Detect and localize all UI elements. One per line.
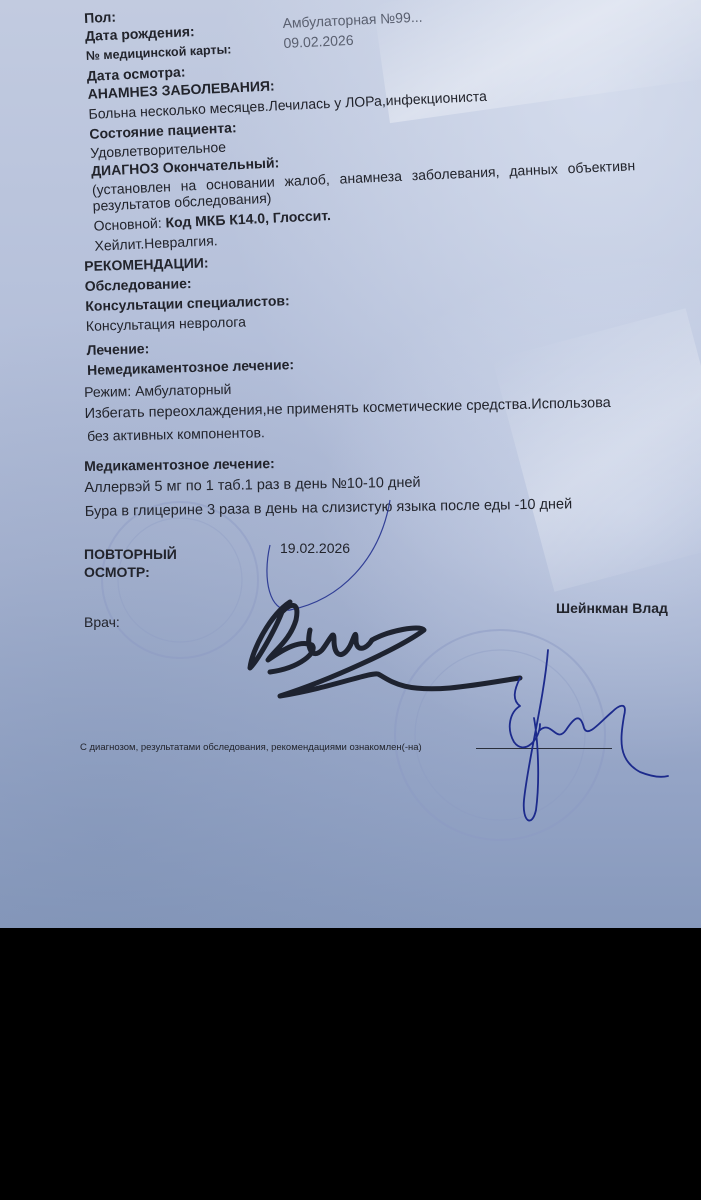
signatures bbox=[0, 0, 701, 928]
doctor-signature bbox=[250, 602, 520, 696]
patient-signature bbox=[510, 650, 668, 821]
pen-stroke-arc bbox=[267, 500, 390, 610]
document-photo: Пол: Дата рождения: Амбулаторная №99... … bbox=[0, 0, 701, 928]
background-black-area bbox=[0, 928, 701, 1200]
